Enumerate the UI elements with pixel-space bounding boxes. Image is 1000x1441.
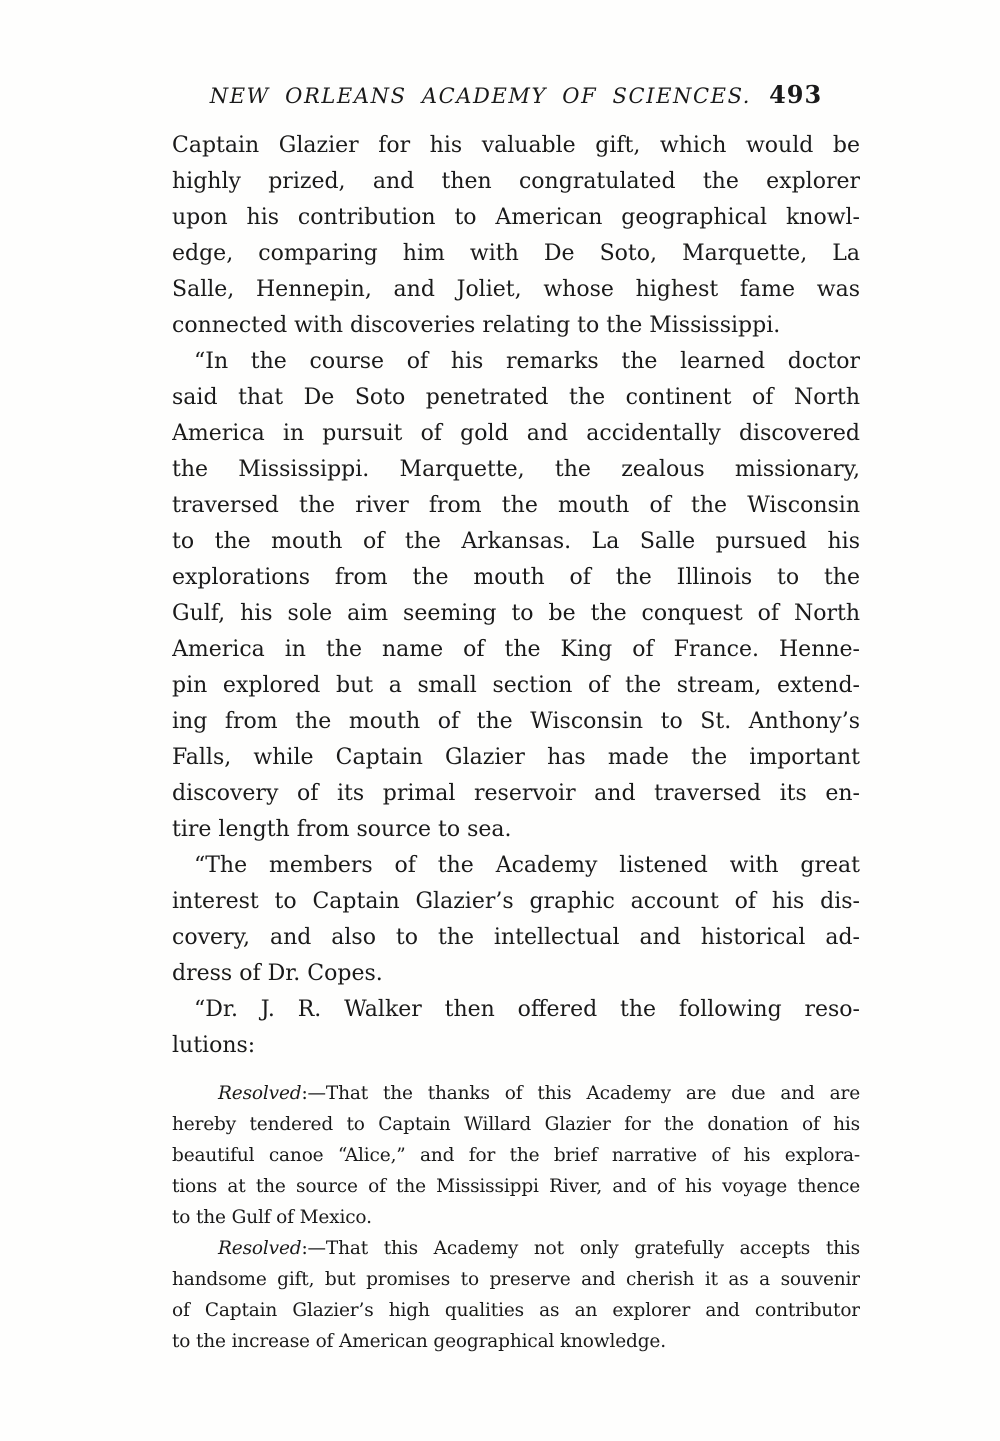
text-line: “Dr. J. R. Walker then offered the follo… bbox=[172, 992, 860, 1028]
resolution-paragraph: Resolved:—That this Academy not only gra… bbox=[172, 1233, 860, 1357]
text-line: ing from the mouth of the Wisconsin to S… bbox=[172, 704, 860, 740]
text-line: explorations from the mouth of the Illin… bbox=[172, 560, 860, 596]
body-paragraph: “The members of the Academy listened wit… bbox=[172, 848, 860, 992]
text-line: hereby tendered to Captain Willard Glazi… bbox=[172, 1109, 860, 1140]
text-line: Captain Glazier for his valuable gift, w… bbox=[172, 128, 860, 164]
text-line: edge, comparing him with De Soto, Marque… bbox=[172, 236, 860, 272]
text-line: Falls, while Captain Glazier has made th… bbox=[172, 740, 860, 776]
text-line: to the increase of American geographical… bbox=[172, 1326, 860, 1357]
text-line: covery, and also to the intellectual and… bbox=[172, 920, 860, 956]
text-line: America in pursuit of gold and accidenta… bbox=[172, 416, 860, 452]
text-line: to the Gulf of Mexico. bbox=[172, 1202, 860, 1233]
text-line: “The members of the Academy listened wit… bbox=[172, 848, 860, 884]
text-line: upon his contribution to American geogra… bbox=[172, 200, 860, 236]
running-head-title: NEW ORLEANS ACADEMY OF SCIENCES. bbox=[210, 84, 751, 108]
text-line: connected with discoveries relating to t… bbox=[172, 308, 860, 344]
text-line: to the mouth of the Arkansas. La Salle p… bbox=[172, 524, 860, 560]
body-paragraph: “Dr. J. R. Walker then offered the follo… bbox=[172, 992, 860, 1064]
text-line: highly prized, and then congratulated th… bbox=[172, 164, 860, 200]
body-paragraph: “In the course of his remarks the learne… bbox=[172, 344, 860, 848]
text-line: Salle, Hennepin, and Joliet, whose highe… bbox=[172, 272, 860, 308]
text-line: Resolved:—That this Academy not only gra… bbox=[172, 1233, 860, 1264]
text-line: Gulf, his sole aim seeming to be the con… bbox=[172, 596, 860, 632]
text-line: the Mississippi. Marquette, the zealous … bbox=[172, 452, 860, 488]
text-line: tire length from source to sea. bbox=[172, 812, 860, 848]
text-line: dress of Dr. Copes. bbox=[172, 956, 860, 992]
body-paragraph: Captain Glazier for his valuable gift, w… bbox=[172, 128, 860, 344]
text-line: beautiful canoe “Alice,” and for the bri… bbox=[172, 1140, 860, 1171]
text-line: traversed the river from the mouth of th… bbox=[172, 488, 860, 524]
text-line: America in the name of the King of Franc… bbox=[172, 632, 860, 668]
page-number: 493 bbox=[769, 80, 822, 109]
text-line: Resolved:—That the thanks of this Academ… bbox=[172, 1078, 860, 1109]
text-block: Captain Glazier for his valuable gift, w… bbox=[172, 128, 860, 1357]
text-line: tions at the source of the Mississippi R… bbox=[172, 1171, 860, 1202]
scanned-book-page: NEW ORLEANS ACADEMY OF SCIENCES. 493 Cap… bbox=[0, 0, 1000, 1441]
text-line: of Captain Glazier’s high qualities as a… bbox=[172, 1295, 860, 1326]
text-line: “In the course of his remarks the learne… bbox=[172, 344, 860, 380]
resolution-paragraph: Resolved:—That the thanks of this Academ… bbox=[172, 1078, 860, 1233]
text-line: discovery of its primal reservoir and tr… bbox=[172, 776, 860, 812]
text-line: handsome gift, but promises to preserve … bbox=[172, 1264, 860, 1295]
text-line: interest to Captain Glazier’s graphic ac… bbox=[172, 884, 860, 920]
text-line: pin explored but a small section of the … bbox=[172, 668, 860, 704]
running-head: NEW ORLEANS ACADEMY OF SCIENCES. 493 bbox=[172, 80, 860, 109]
text-line: said that De Soto penetrated the contine… bbox=[172, 380, 860, 416]
text-line: lutions: bbox=[172, 1028, 860, 1064]
